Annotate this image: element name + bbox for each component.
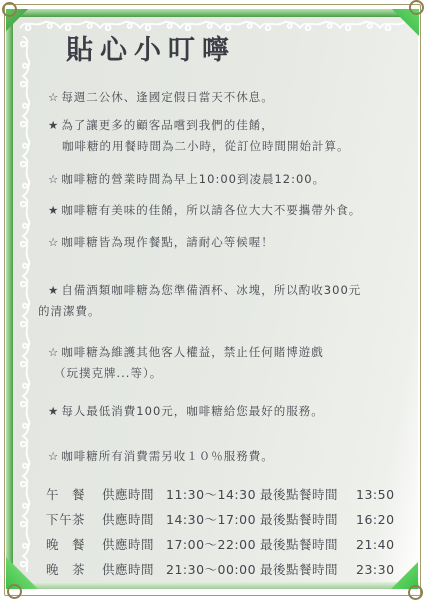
schedule-table: 午 餐 供應時間 11:30～14:30 最後點餐時間 13:50 下午茶 供應…: [46, 482, 409, 582]
meal-name: 晚 餐: [46, 532, 102, 557]
note-text: 咖啡糖皆為現作餐點，請耐心等候喔！: [61, 235, 274, 249]
note-item: ☆咖啡糖為維護其他客人權益，禁止任何賭博遊戲 （玩撲克牌...等）。: [48, 345, 401, 381]
note-item: ☆咖啡糖的營業時間為早上10:00到凌晨12:00。: [48, 172, 401, 187]
meal-name: 下午茶: [46, 507, 102, 532]
note-text: 為了讓更多的顧客品嚐到我們的佳餚，: [61, 118, 274, 132]
note-text: 咖啡糖所有消費需另收１０％服務費。: [61, 449, 274, 463]
meal-name: 晚 茶: [46, 557, 102, 582]
note-item: ☆咖啡糖皆為現作餐點，請耐心等候喔！: [48, 235, 401, 250]
corner-ring-icon: [2, 2, 17, 17]
notes-list: ☆每週二公休、逢國定假日當天不休息。 ★為了讓更多的顧客品嚐到我們的佳餚， 咖啡…: [48, 90, 401, 464]
open-star-bullet-icon: ☆: [48, 345, 59, 359]
schedule-row: 午 餐 供應時間 11:30～14:30 最後點餐時間 13:50: [46, 482, 409, 507]
filled-star-bullet-icon: ★: [48, 283, 59, 297]
note-text: 自備酒類咖啡糖為您準備酒杯、冰塊，所以酌收300元: [61, 283, 361, 297]
supply-label: 供應時間: [102, 532, 166, 557]
filled-star-bullet-icon: ★: [48, 203, 59, 217]
note-item: ★為了讓更多的顧客品嚐到我們的佳餚， 咖啡糖的用餐時間為二小時，從訂位時間開始計…: [48, 118, 401, 154]
open-star-bullet-icon: ☆: [48, 235, 59, 249]
supply-time: 17:00～22:00: [166, 532, 260, 557]
supply-time: 11:30～14:30: [166, 482, 260, 507]
open-star-bullet-icon: ☆: [48, 449, 59, 463]
corner-ring-icon: [408, 585, 423, 600]
note-item: ☆咖啡糖所有消費需另收１０％服務費。: [48, 449, 401, 464]
last-order-label: 最後點餐時間: [260, 507, 356, 532]
note-text: 的清潔費。: [38, 304, 401, 319]
filled-star-bullet-icon: ★: [48, 404, 59, 418]
note-item: ★自備酒類咖啡糖為您準備酒杯、冰塊，所以酌收300元 的清潔費。: [48, 283, 401, 319]
note-item: ★每人最低消費100元，咖啡糖給您最好的服務。: [48, 404, 401, 419]
supply-label: 供應時間: [102, 482, 166, 507]
schedule-row: 晚 茶 供應時間 21:30～00:00 最後點餐時間 23:30: [46, 557, 409, 582]
last-order-label: 最後點餐時間: [260, 482, 356, 507]
last-order-time: 13:50: [356, 482, 395, 507]
supply-label: 供應時間: [102, 507, 166, 532]
supply-time: 21:30～00:00: [166, 557, 260, 582]
supply-label: 供應時間: [102, 557, 166, 582]
note-item: ☆每週二公休、逢國定假日當天不休息。: [48, 90, 401, 105]
schedule-row: 下午茶 供應時間 14:30～17:00 最後點餐時間 16:20: [46, 507, 409, 532]
supply-time: 14:30～17:00: [166, 507, 260, 532]
note-text: 咖啡糖有美味的佳餚，所以請各位大大不要攜帶外食。: [61, 203, 361, 217]
note-text: 咖啡糖的營業時間為早上10:00到凌晨12:00。: [61, 172, 325, 186]
note-text: 咖啡糖的用餐時間為二小時，從訂位時間開始計算。: [62, 139, 401, 154]
note-text: 每週二公休、逢國定假日當天不休息。: [61, 90, 274, 104]
page-title: 貼心小叮嚀: [66, 28, 236, 67]
note-text: 每人最低消費100元，咖啡糖給您最好的服務。: [61, 404, 323, 418]
last-order-time: 21:40: [356, 532, 395, 557]
last-order-time: 23:30: [356, 557, 395, 582]
note-text: （玩撲克牌...等）。: [54, 366, 401, 381]
last-order-time: 16:20: [356, 507, 395, 532]
meal-name: 午 餐: [46, 482, 102, 507]
schedule-row: 晚 餐 供應時間 17:00～22:00 最後點餐時間 21:40: [46, 532, 409, 557]
open-star-bullet-icon: ☆: [48, 172, 59, 186]
last-order-label: 最後點餐時間: [260, 532, 356, 557]
last-order-label: 最後點餐時間: [260, 557, 356, 582]
filled-star-bullet-icon: ★: [48, 118, 59, 132]
corner-ring-icon: [7, 584, 22, 599]
note-item: ★咖啡糖有美味的佳餚，所以請各位大大不要攜帶外食。: [48, 203, 401, 218]
open-star-bullet-icon: ☆: [48, 90, 59, 104]
note-text: 咖啡糖為維護其他客人權益，禁止任何賭博遊戲: [61, 345, 324, 359]
corner-ring-icon: [409, 0, 424, 15]
